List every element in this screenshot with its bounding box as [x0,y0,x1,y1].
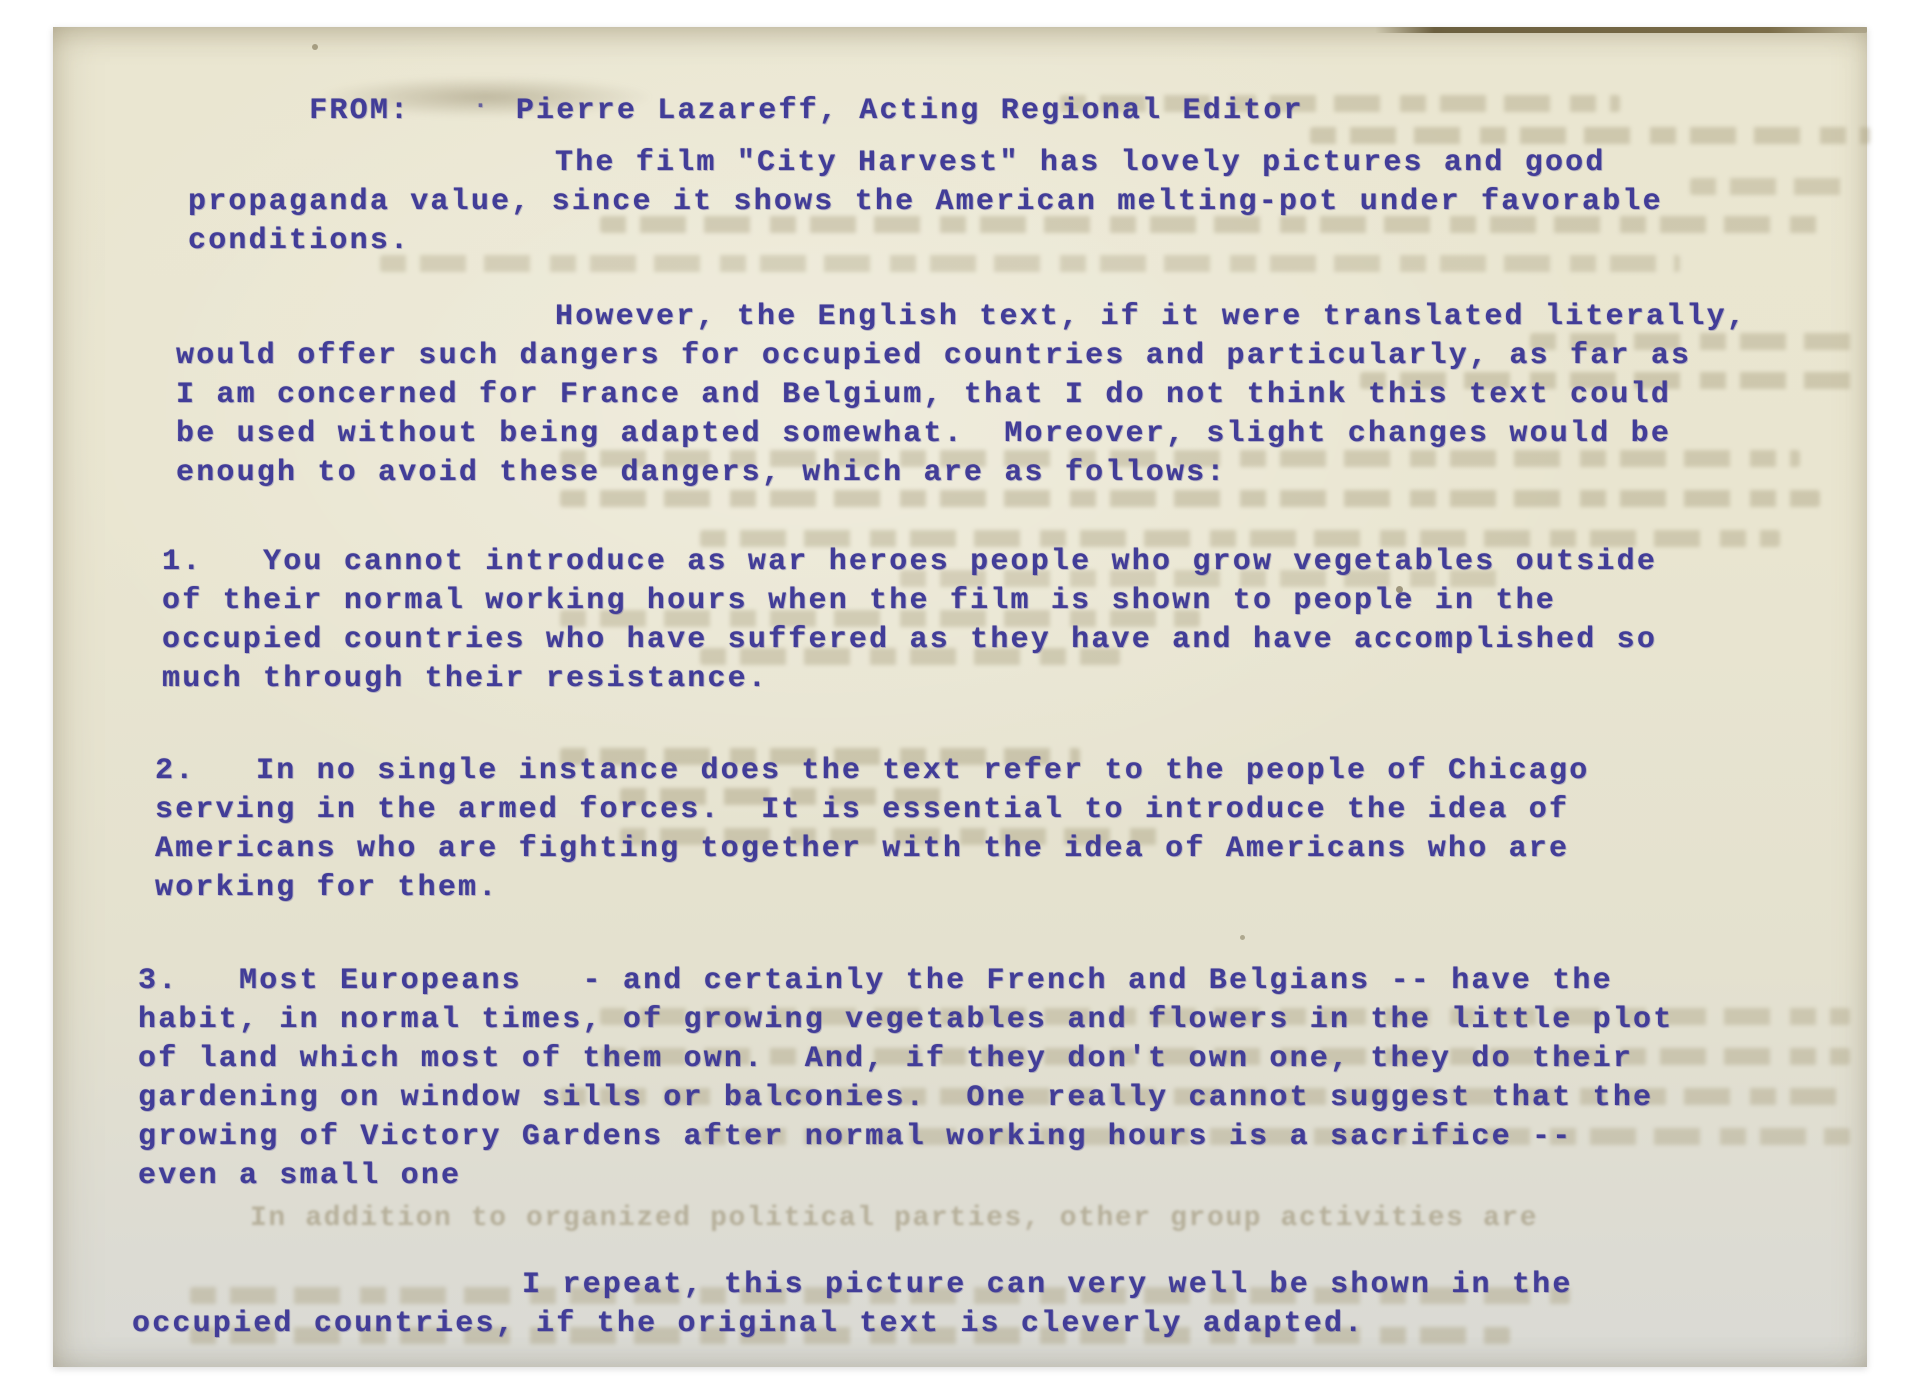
scanned-memo-page: In addition to organized political parti… [0,0,1920,1400]
paper-top-edge-shadow [1375,27,1867,33]
however-paragraph: However, the English text, if it were tr… [176,298,1747,493]
ink-speck [1240,935,1245,940]
numbered-point-3: 3. Most Europeans - and certainly the Fr… [138,962,1673,1196]
text-line: even a small one [138,1157,1673,1196]
numbered-point-1: 1. You cannot introduce as war heroes pe… [162,543,1657,699]
text-line: propaganda value, since it shows the Ame… [188,183,1663,222]
from-value: Pierre Lazareff, Acting Regional Editor [516,94,1304,128]
text-line: I repeat, this picture can very well be … [132,1266,1573,1305]
text-line: of their normal working hours when the f… [162,582,1657,621]
text-line: growing of Victory Gardens after normal … [138,1118,1673,1157]
numbered-point-2: 2. In no single instance does the text r… [155,752,1589,908]
text-line: occupied countries who have suffered as … [162,621,1657,660]
text-line: 2. In no single instance does the text r… [155,752,1589,791]
text-line: 1. You cannot introduce as war heroes pe… [162,543,1657,582]
stray-dot-mark: · [473,93,490,120]
text-line: much through their resistance. [162,660,1657,699]
closing-paragraph: I repeat, this picture can very well be … [132,1266,1573,1344]
text-line: 3. Most Europeans - and certainly the Fr… [138,962,1673,1001]
text-line: serving in the armed forces. It is essen… [155,791,1589,830]
text-line: However, the English text, if it were tr… [176,298,1747,337]
text-line: would offer such dangers for occupied co… [176,337,1747,376]
document-paper: In addition to organized political parti… [53,27,1867,1367]
bleed-through-legible-line: In addition to organized political parti… [250,1203,1538,1234]
bleed-through-line [1690,178,1860,195]
text-line: The film "City Harvest" has lovely pictu… [188,144,1663,183]
text-line: of land which most of them own. And, if … [138,1040,1673,1079]
text-line: I am concerned for France and Belgium, t… [176,376,1747,415]
text-line: working for them. [155,869,1589,908]
intro-paragraph: The film "City Harvest" has lovely pictu… [188,144,1663,261]
text-line: occupied countries, if the original text… [132,1305,1573,1344]
text-line: enough to avoid these dangers, which are… [176,454,1747,493]
from-label: FROM: [309,94,410,128]
text-line: habit, in normal times, of growing veget… [138,1001,1673,1040]
text-line: Americans who are fighting together with… [155,830,1589,869]
bleed-through-line [1310,127,1870,144]
text-line: gardening on window sills or balconies. … [138,1079,1673,1118]
text-line: conditions. [188,222,1663,261]
text-line: be used without being adapted somewhat. … [176,415,1747,454]
